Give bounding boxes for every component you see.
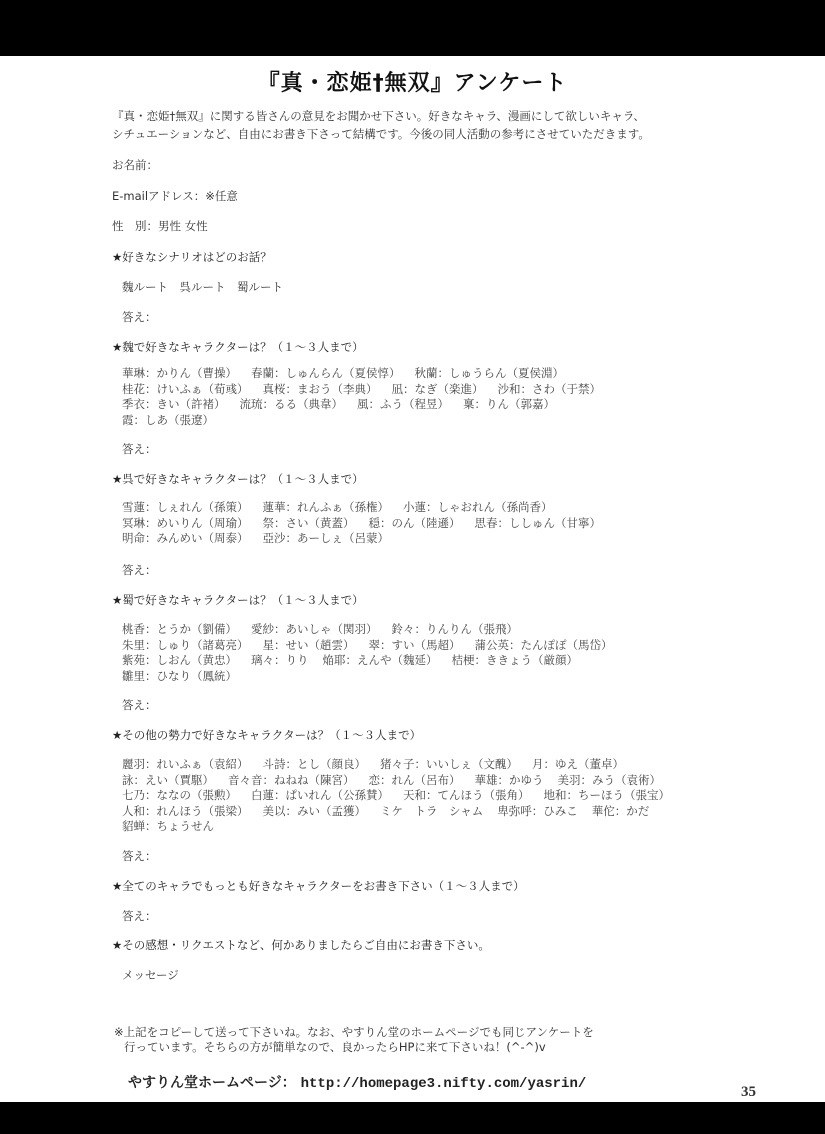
character-row: 貂蝉：ちょうせん	[122, 819, 684, 835]
character-entry: 華雄：かゆう	[475, 773, 544, 787]
character-entry: 明命：みんめい（周泰）	[122, 531, 249, 545]
character-entry: 天和：てんほう（張角）	[403, 788, 530, 802]
character-entry: 思春：ししゅん（甘寧）	[475, 516, 602, 530]
character-entry: 美以：みい（孟獲）	[263, 804, 367, 818]
character-entry: 愛紗：あいしゃ（関羽）	[251, 622, 378, 636]
character-entry: 雛里：ひなり（鳳統）	[122, 669, 237, 683]
question-other: ★その他の勢力で好きなキャラクターは？（１～３人まで）	[112, 727, 421, 743]
scenario-options: 魏ルート 呉ルート 蜀ルート	[122, 279, 283, 295]
character-row: 朱里：しゅり（諸葛亮）星：せい（趙雲）翠：すい（馬超）蒲公英：たんぽぽ（馬岱）	[122, 638, 627, 654]
footnote-line: ※上記をコピーして送って下さいね。なお、やすりん堂のホームページでも同じアンケー…	[114, 1025, 594, 1040]
email-field: E-mailアドレス：※任意	[112, 189, 238, 204]
character-entry: 華佗：かだ	[592, 804, 650, 818]
character-entry: 斗詩：とし（顔良）	[263, 757, 367, 771]
question-comments: ★その感想・リクエストなど、何かありましたらご自由にお書き下さい。	[112, 937, 490, 953]
wu-character-list: 雪蓮：しぇれん（孫策）蓮華：れんふぁ（孫権）小蓮：しゃおれん（孫尚香） 冥琳：め…	[122, 500, 615, 547]
character-row: 桂花：けいふぁ（荀彧）真桜：まおう（李典）凪：なぎ（楽進）沙和：さわ（于禁）	[122, 382, 615, 398]
gender-field: 性 別：男性 女性	[112, 219, 208, 234]
bottom-black-border	[0, 1102, 825, 1134]
character-entry: 亞沙：あーしぇ（呂蒙）	[263, 531, 390, 545]
character-entry: 華琳：かりん（曹操）	[122, 366, 237, 380]
character-row: 紫苑：しおん（黄忠）璃々：りり焔耶：えんや（魏延）桔梗：ききょう（厳顔）	[122, 653, 627, 669]
character-entry: ミケ トラ シャム	[380, 804, 483, 818]
character-entry: 焔耶：えんや（魏延）	[323, 653, 438, 667]
character-row: 人和：れんほう（張梁）美以：みい（孟獲）ミケ トラ シャム卑弥呼：ひみこ華佗：か…	[122, 804, 684, 820]
character-entry: 霞：しあ（張遼）	[122, 413, 214, 427]
character-entry: 桂花：けいふぁ（荀彧）	[122, 382, 249, 396]
answer-label: 答え：	[122, 441, 157, 457]
intro-line: 『真・恋姫†無双』に関する皆さんの意見をお聞かせ下さい。好きなキャラ、漫画にして…	[112, 107, 752, 125]
message-label: メッセージ	[122, 967, 179, 983]
answer-label: 答え：	[122, 562, 157, 578]
character-entry: 白蓮：ぱいれん（公孫賛）	[251, 788, 389, 802]
character-entry: 蒲公英：たんぽぽ（馬岱）	[475, 638, 613, 652]
other-character-list: 麗羽：れいふぁ（袁紹）斗詩：とし（顔良）猪々子：いいしぇ（文醜）月：ゆえ（董卓）…	[122, 757, 684, 835]
character-entry: 流琉：るる（典韋）	[240, 397, 344, 411]
answer-label: 答え：	[122, 309, 157, 325]
intro-line: シチュエーションなど、自由にお書き下さって結構です。今後の同人活動の参考にさせて…	[112, 125, 752, 143]
character-row: 季衣：きい（許褚）流琉：るる（典韋）風：ふう（程昱）稟：りん（郭嘉）	[122, 397, 615, 413]
character-entry: 桃香：とうか（劉備）	[122, 622, 237, 636]
question-favorite: ★全てのキャラでもっとも好きなキャラクターをお書き下さい（１～３人まで）	[112, 878, 525, 894]
name-field: お名前：	[112, 158, 158, 173]
character-entry: 雪蓮：しぇれん（孫策）	[122, 500, 249, 514]
character-entry: 恋：れん（呂布）	[369, 773, 461, 787]
answer-label: 答え：	[122, 697, 157, 713]
character-entry: 紫苑：しおん（黄忠）	[122, 653, 237, 667]
character-entry: 秋蘭：しゅうらん（夏侯淵）	[415, 366, 565, 380]
character-entry: 星：せい（趙雲）	[263, 638, 355, 652]
footnote-line: 行っています。そちらの方が簡単なので、良かったらHPに来て下さいね！(^-^)v	[114, 1040, 594, 1055]
character-row: 冥琳：めいりん（周瑜）祭：さい（黄蓋）穏：のん（陸遜）思春：ししゅん（甘寧）	[122, 516, 615, 532]
character-entry: 冥琳：めいりん（周瑜）	[122, 516, 249, 530]
character-row: 雛里：ひなり（鳳統）	[122, 669, 627, 685]
character-entry: 穏：のん（陸遜）	[369, 516, 461, 530]
answer-label: 答え：	[122, 908, 157, 924]
character-entry: 蓮華：れんふぁ（孫権）	[263, 500, 390, 514]
character-row: 桃香：とうか（劉備）愛紗：あいしゃ（関羽）鈴々：りんりん（張飛）	[122, 622, 627, 638]
character-entry: 桔梗：ききょう（厳顔）	[452, 653, 579, 667]
character-entry: 貂蝉：ちょうせん	[122, 819, 214, 833]
question-scenario: ★好きなシナリオはどのお話？	[112, 249, 272, 265]
character-entry: 小蓮：しゃおれん（孫尚香）	[403, 500, 553, 514]
character-row: 華琳：かりん（曹操）春蘭：しゅんらん（夏侯惇）秋蘭：しゅうらん（夏侯淵）	[122, 366, 615, 382]
top-black-border	[0, 0, 825, 56]
character-entry: 季衣：きい（許褚）	[122, 397, 226, 411]
character-entry: 七乃：ななの（張勲）	[122, 788, 237, 802]
character-row: 明命：みんめい（周泰）亞沙：あーしぇ（呂蒙）	[122, 531, 615, 547]
character-entry: 地和：ちーほう（張宝）	[544, 788, 671, 802]
character-entry: 凪：なぎ（楽進）	[392, 382, 484, 396]
shu-character-list: 桃香：とうか（劉備）愛紗：あいしゃ（関羽）鈴々：りんりん（張飛） 朱里：しゅり（…	[122, 622, 627, 684]
character-entry: 音々音：ねねね（陳宮）	[228, 773, 355, 787]
intro-text: 『真・恋姫†無双』に関する皆さんの意見をお聞かせ下さい。好きなキャラ、漫画にして…	[112, 107, 752, 143]
character-entry: 美羽：みう（袁術）	[558, 773, 662, 787]
homepage-label: やすりん堂ホームページ：	[128, 1075, 296, 1091]
character-entry: 璃々：りり	[251, 653, 309, 667]
answer-label: 答え：	[122, 848, 157, 864]
wei-character-list: 華琳：かりん（曹操）春蘭：しゅんらん（夏侯惇）秋蘭：しゅうらん（夏侯淵） 桂花：…	[122, 366, 615, 428]
character-entry: 月：ゆえ（董卓）	[532, 757, 624, 771]
character-entry: 沙和：さわ（于禁）	[498, 382, 602, 396]
character-entry: 朱里：しゅり（諸葛亮）	[122, 638, 249, 652]
character-entry: 詠：えい（賈駆）	[122, 773, 214, 787]
character-row: 霞：しあ（張遼）	[122, 413, 615, 429]
character-row: 雪蓮：しぇれん（孫策）蓮華：れんふぁ（孫権）小蓮：しゃおれん（孫尚香）	[122, 500, 615, 516]
footnote: ※上記をコピーして送って下さいね。なお、やすりん堂のホームページでも同じアンケー…	[114, 1025, 594, 1055]
homepage-line: やすりん堂ホームページ： http://homepage3.nifty.com/…	[128, 1072, 586, 1092]
question-wu: ★呉で好きなキャラクターは？（１～３人まで）	[112, 471, 364, 487]
character-row: 麗羽：れいふぁ（袁紹）斗詩：とし（顔良）猪々子：いいしぇ（文醜）月：ゆえ（董卓）	[122, 757, 684, 773]
character-entry: 翠：すい（馬超）	[369, 638, 461, 652]
character-entry: 真桜：まおう（李典）	[263, 382, 378, 396]
character-entry: 稟：りん（郭嘉）	[463, 397, 555, 411]
page-number: 35	[741, 1084, 756, 1101]
character-entry: 人和：れんほう（張梁）	[122, 804, 249, 818]
character-entry: 春蘭：しゅんらん（夏侯惇）	[251, 366, 401, 380]
character-entry: 卑弥呼：ひみこ	[497, 804, 578, 818]
character-row: 詠：えい（賈駆）音々音：ねねね（陳宮）恋：れん（呂布）華雄：かゆう美羽：みう（袁…	[122, 773, 684, 789]
character-row: 七乃：ななの（張勲）白蓮：ぱいれん（公孫賛）天和：てんほう（張角）地和：ちーほう…	[122, 788, 684, 804]
question-wei: ★魏で好きなキャラクターは？（１～３人まで）	[112, 339, 364, 355]
character-entry: 鈴々：りんりん（張飛）	[392, 622, 519, 636]
character-entry: 祭：さい（黄蓋）	[263, 516, 355, 530]
page-title: 『真・恋姫†無双』アンケート	[0, 66, 825, 97]
character-entry: 麗羽：れいふぁ（袁紹）	[122, 757, 249, 771]
character-entry: 風：ふう（程昱）	[357, 397, 449, 411]
character-entry: 猪々子：いいしぇ（文醜）	[380, 757, 518, 771]
question-shu: ★蜀で好きなキャラクターは？（１～３人まで）	[112, 592, 364, 608]
homepage-url[interactable]: http://homepage3.nifty.com/yasrin/	[301, 1076, 587, 1092]
